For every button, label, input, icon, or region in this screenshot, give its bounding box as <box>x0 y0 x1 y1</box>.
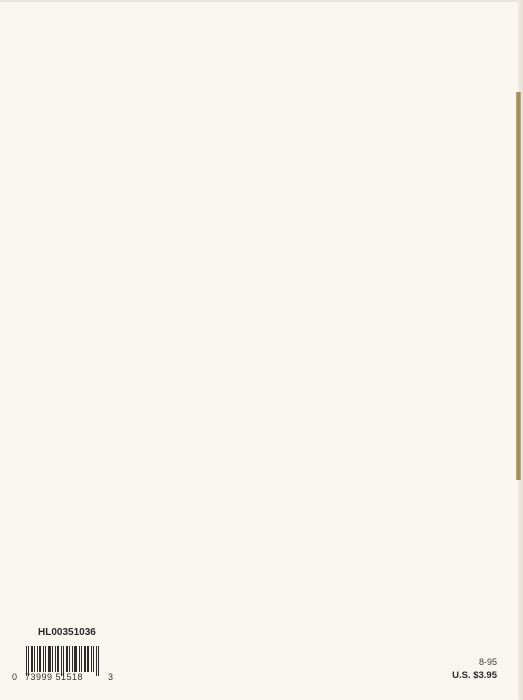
catalog-number: HL00351036 <box>38 627 96 638</box>
price-label: U.S. $3.95 <box>452 670 497 681</box>
barcode-check-digit: 3 <box>108 672 114 682</box>
barcode-lead-digit: 0 <box>12 672 18 682</box>
barcode-main-digits: 73999 51518 <box>25 672 83 682</box>
spine-color-strip <box>516 92 521 480</box>
barcode: 0 73999 51518 3 <box>12 646 112 686</box>
top-edge <box>0 0 523 2</box>
back-cover-page: HL00351036 0 73999 51518 3 8-95 U.S. $3.… <box>0 0 523 700</box>
date-code: 8-95 <box>479 657 497 667</box>
